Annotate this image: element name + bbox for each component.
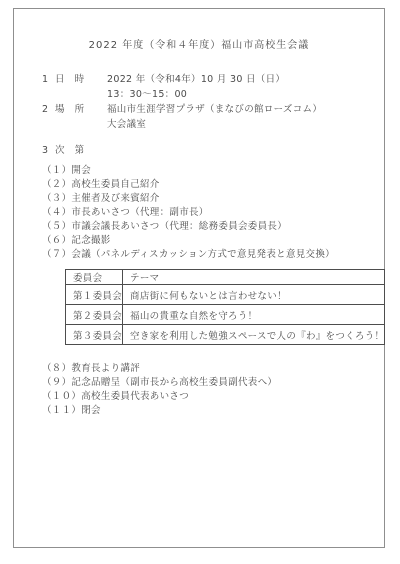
theme-column-header: テーマ [123, 270, 385, 285]
date-time-row: 1日 時 2022 年（令和4年）10 月 30 日（日） [42, 72, 368, 87]
agenda-item: （６）記念撮影 [42, 234, 368, 248]
agenda-section-head: 3次 第 [42, 143, 368, 158]
agenda-item: （２）高校生委員自己紹介 [42, 178, 368, 192]
theme-cell: 空き家を利用した勉強スペースで人の『わ』をつくろう！ [123, 325, 385, 345]
item-number: 2 [42, 102, 55, 117]
agenda-item: （５）市議会議長あいさつ（代理：総務委員会委員長） [42, 220, 368, 234]
item-label: 場 所 [55, 104, 84, 115]
table-row: 第３委員会 空き家を利用した勉強スペースで人の『わ』をつくろう！ [66, 325, 385, 345]
item-number: 1 [42, 72, 55, 87]
agenda-item: （１０）高校生委員代表あいさつ [42, 390, 368, 404]
agenda-item: （１１）閉会 [42, 404, 368, 418]
venue-room-value: 大会議室 [107, 117, 368, 132]
committee-theme-table: 委員会 テーマ 第１委員会 商店街に何もないとは言わせない！ 第２委員会 福山の… [65, 269, 385, 345]
committee-column-header: 委員会 [66, 270, 123, 285]
closing-agenda-list: （８）教育長より講評 （９）記念品贈呈（副市長から高校生委員副代表へ） （１０）… [42, 362, 368, 418]
item-number: 3 [42, 143, 55, 158]
item-label: 次 第 [55, 145, 84, 156]
document-body: 1日 時 2022 年（令和4年）10 月 30 日（日） 13：30～15：0… [42, 72, 368, 418]
agenda-list: （１）開会 （２）高校生委員自己紹介 （３）主催者及び来賓紹介 （４）市長あいさ… [42, 164, 368, 262]
venue-value: 福山市生涯学習プラザ（まなびの館ローズコム） [107, 102, 322, 117]
time-value: 13：30～15：00 [107, 87, 368, 102]
committee-cell: 第２委員会 [66, 305, 123, 325]
committee-cell: 第１委員会 [66, 285, 123, 305]
agenda-item: （８）教育長より講評 [42, 362, 368, 376]
document-title: 2022 年度（令和４年度）福山市高校生会議 [14, 36, 384, 51]
agenda-item: （９）記念品贈呈（副市長から高校生委員副代表へ） [42, 376, 368, 390]
theme-cell: 福山の貴重な自然を守ろう！ [123, 305, 385, 325]
item-label: 日 時 [55, 74, 84, 85]
date-value: 2022 年（令和4年）10 月 30 日（日） [107, 72, 285, 87]
agenda-item: （４）市長あいさつ（代理：副市長） [42, 206, 368, 220]
venue-block: 2場 所 福山市生涯学習プラザ（まなびの館ローズコム） 大会議室 [42, 102, 368, 132]
committee-cell: 第３委員会 [66, 325, 123, 345]
theme-cell: 商店街に何もないとは言わせない！ [123, 285, 385, 305]
venue-row: 2場 所 福山市生涯学習プラザ（まなびの館ローズコム） [42, 102, 368, 117]
agenda-item: （３）主催者及び来賓紹介 [42, 192, 368, 206]
document-page: 2022 年度（令和４年度）福山市高校生会議 1日 時 2022 年（令和4年）… [13, 8, 385, 548]
agenda-item: （１）開会 [42, 164, 368, 178]
agenda-item: （７）会議（パネルディスカッション方式で意見発表と意見交換） [42, 248, 368, 262]
table-header-row: 委員会 テーマ [66, 270, 385, 285]
table-row: 第１委員会 商店街に何もないとは言わせない！ [66, 285, 385, 305]
date-time-block: 1日 時 2022 年（令和4年）10 月 30 日（日） 13：30～15：0… [42, 72, 368, 102]
agenda-prefix: 3次 第 [42, 143, 107, 158]
date-time-prefix: 1日 時 [42, 72, 107, 87]
table-row: 第２委員会 福山の貴重な自然を守ろう！ [66, 305, 385, 325]
venue-prefix: 2場 所 [42, 102, 107, 117]
